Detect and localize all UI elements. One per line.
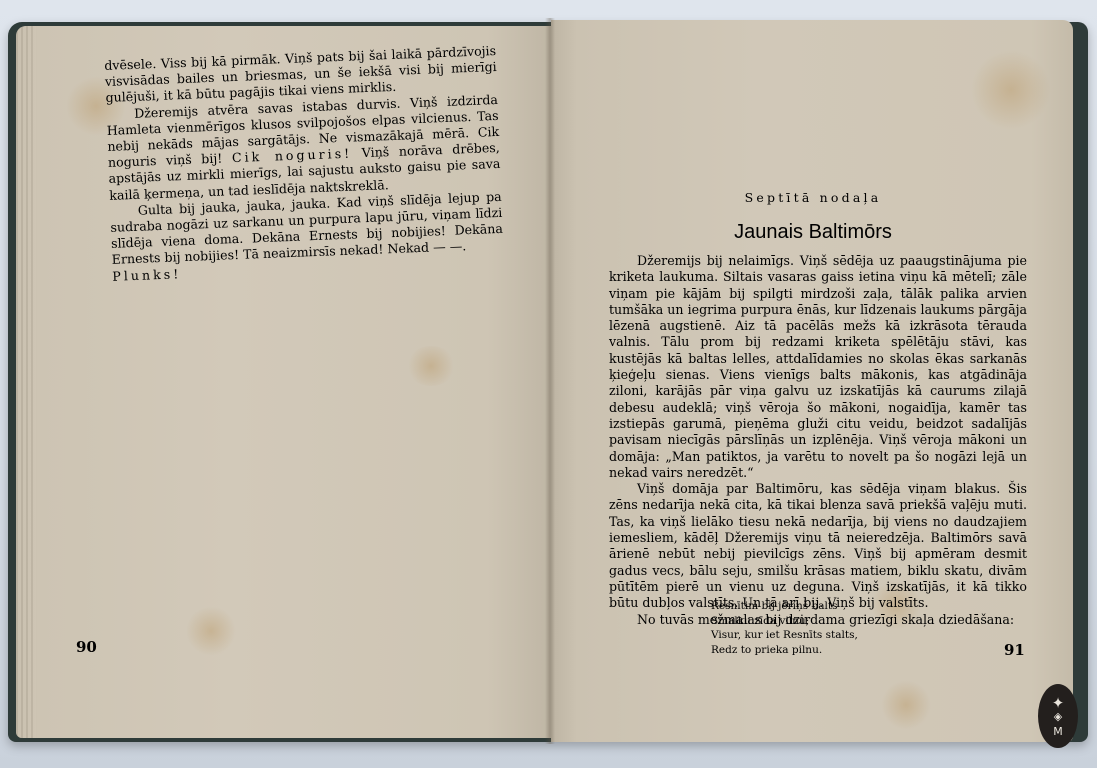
poem-line: Visur, kur iet Resnīts stalts, <box>711 628 858 643</box>
paragraph: Džeremijs atvēra savas istabas durvis. V… <box>106 92 501 204</box>
poem-line: Resnītim bij jēriņš balts <box>711 599 858 614</box>
paragraph: Džeremijs bij nelaimīgs. Viņš sēdēja uz … <box>609 253 1027 481</box>
left-page-text: dvēsele. Viss bij kā pirmāk. Viņš pats b… <box>104 43 504 285</box>
paragraph: Viņš domāja par Baltimōru, kas sēdēja vi… <box>609 481 1027 611</box>
chapter-label: Septītā nodaļa <box>552 190 1074 205</box>
stain <box>971 50 1051 130</box>
stain <box>406 346 456 386</box>
poem-line: Redz to prieka pilnu. <box>711 643 858 658</box>
diamond-icon: ◈ <box>1054 710 1062 724</box>
right-page-text: Džeremijs bij nelaimīgs. Viņš sēdēja uz … <box>609 253 1027 628</box>
watermark-letter: M <box>1053 726 1063 737</box>
watermark-logo: ✦ ◈ M <box>1038 684 1078 748</box>
poem-line: Smalku zīda vilnu; <box>711 614 858 629</box>
chapter-title: Jaunais Baltimōrs <box>552 221 1074 244</box>
flower-diamond-logo-icon: ✦ <box>1052 696 1065 710</box>
stain <box>186 606 236 656</box>
page-number-right: 91 <box>1004 641 1025 659</box>
page-edges <box>16 26 36 738</box>
poem: Resnītim bij jēriņš balts Smalku zīda vi… <box>711 599 858 657</box>
book-spine <box>545 18 555 744</box>
page-number-left: 90 <box>76 638 97 656</box>
stain <box>881 680 931 730</box>
